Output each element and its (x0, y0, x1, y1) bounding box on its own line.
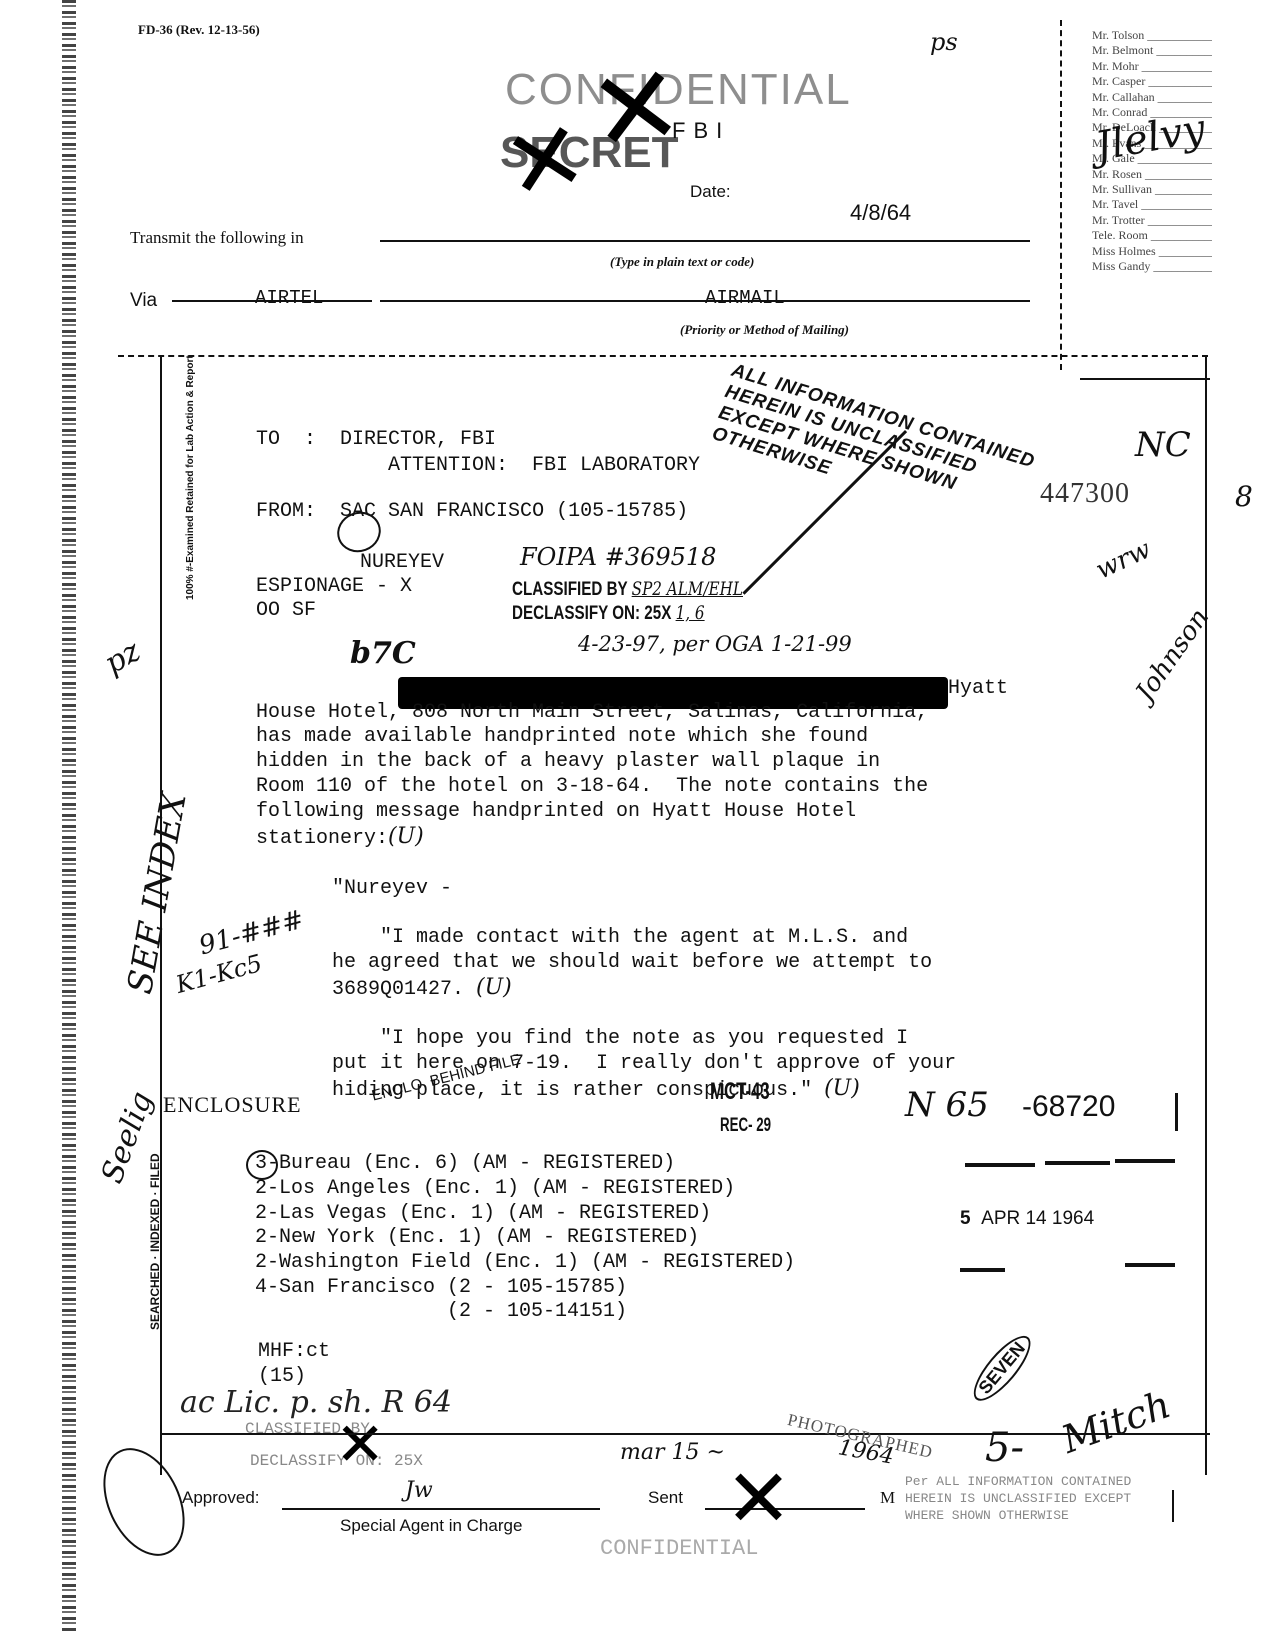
quote-line: "I made contact with the agent at M.L.S.… (332, 926, 908, 951)
faded-confidential-stamp: CONFIDENTIAL (600, 1536, 758, 1561)
file-number-bar (1175, 1093, 1178, 1131)
paragraph-first-tail: Hyatt (948, 677, 1008, 702)
sent-label: Sent (648, 1488, 683, 1508)
classified-by: CLASSIFIED BY SP2 ALM/EHL (512, 578, 743, 601)
approved-line (282, 1508, 600, 1510)
paragraph-line: has made available handprinted note whic… (256, 725, 868, 750)
distribution-line: 2-Las Vegas (Enc. 1) (AM - REGISTERED) (255, 1202, 711, 1227)
routing-item: Mr. Tolson (1092, 28, 1212, 43)
via-label: Via (130, 290, 157, 312)
faded-unclassified-stamp: Per ALL INFORMATION CONTAINED HEREIN IS … (905, 1473, 1165, 1524)
form-id: FD-36 (Rev. 12-13-56) (138, 22, 260, 38)
declassify-on: DECLASSIFY ON: 25X 1, 6 (512, 602, 705, 625)
mailing-line (380, 300, 1030, 302)
quote-line: put it here on 7-19. I really don't appr… (332, 1052, 956, 1077)
m-label: M (880, 1488, 895, 1508)
routing-item: Mr. Sullivan (1092, 182, 1212, 197)
cross-out-mark-icon: ✕ (725, 1452, 792, 1545)
transmit-label: Transmit the following in (130, 228, 304, 248)
margin-initials-nc: NC (1135, 425, 1191, 465)
seven-stamp: SEVEN (965, 1328, 1039, 1409)
paragraph-line: hidden in the back of a heavy plaster wa… (256, 750, 880, 775)
see-index-note: SEE INDEX (120, 790, 195, 997)
handwritten-circle (246, 1150, 278, 1180)
handwritten-signature: Mitch (1056, 1382, 1176, 1462)
margin-mark: 8 (1235, 480, 1253, 513)
routing-item: Tele. Room (1092, 228, 1212, 243)
subject-name: NUREYEV (360, 551, 444, 576)
routing-item: Mr. Mohr (1092, 59, 1212, 74)
agency-label: FBI (672, 118, 730, 144)
attention-line: ATTENTION: FBI LABORATORY (388, 454, 700, 479)
handwritten-initials: ps (930, 28, 958, 56)
cross-out-mark-icon: ✕ (582, 39, 691, 179)
subject-case: ESPIONAGE - X (256, 575, 412, 600)
distribution-line: 2-New York (Enc. 1) (AM - REGISTERED) (255, 1226, 699, 1251)
to-value: DIRECTOR, FBI (340, 428, 496, 451)
binding-strip (62, 0, 76, 1632)
approved-label: Approved: (182, 1488, 260, 1508)
redaction-dash (1125, 1263, 1175, 1267)
distribution-line: 3-Bureau (Enc. 6) (AM - REGISTERED) (255, 1152, 675, 1177)
declassify-note: 4-23-97, per OGA 1-21-99 (578, 632, 852, 656)
redaction-dash (960, 1268, 1005, 1272)
cross-out-mark-icon: ✕ (494, 98, 596, 224)
quote-line: he agreed that we should wait before we … (332, 951, 932, 976)
redaction-dash (1045, 1161, 1110, 1165)
mailing-value: AIRMAIL (705, 287, 785, 309)
date-label: Date: (690, 182, 731, 202)
routing-underline (1080, 378, 1210, 380)
lab-examined-stamp: 100% #-Examined Retained for Lab Action … (185, 355, 196, 600)
transmit-line (380, 240, 1030, 242)
signature-rule (160, 1433, 1210, 1435)
redaction-dash (965, 1163, 1035, 1167)
distribution-line: 2-Washington Field (Enc. 1) (AM - REGIST… (255, 1251, 795, 1276)
margin-mark: pz (99, 634, 147, 682)
distribution-line: 4-San Francisco (2 - 105-15785) (255, 1276, 627, 1301)
handwritten-date: mar 15 ~ (620, 1440, 725, 1465)
routing-item: Mr. Belmont (1092, 43, 1212, 58)
handwritten-note: ac Lic. p. sh. R 64 (180, 1385, 452, 1420)
filed-stamp-vertical: SEARCHED · INDEXED · FILED (148, 1153, 162, 1330)
routing-item: Miss Holmes (1092, 244, 1212, 259)
exemption-code: b7C (350, 636, 416, 671)
quote-line: 3689Q01427. (U) (332, 976, 512, 1003)
rec-stamp: REC- 29 (720, 1115, 771, 1137)
via-line (172, 300, 372, 302)
distribution-line: (2 - 105-14151) (255, 1300, 627, 1325)
routing-item: Mr. Casper (1092, 74, 1212, 89)
enclosure-label: ENCLOSURE (163, 1092, 302, 1118)
quote-line: "I hope you find the note as you request… (332, 1027, 908, 1052)
routing-item: Miss Gandy (1092, 259, 1212, 274)
distribution-line: 2-Los Angeles (Enc. 1) (AM - REGISTERED) (255, 1177, 735, 1202)
routing-item: Mr. Trotter (1092, 213, 1212, 228)
mct-stamp: MCT-43 (710, 1078, 770, 1106)
body-right-border (1205, 355, 1207, 1475)
paragraph-line: stationery:(U) (256, 825, 424, 852)
to-label: TO : DIRECTOR, FBI (256, 428, 496, 453)
from-value: SAC SAN FRANCISCO (105-15785) (340, 500, 688, 523)
margin-initials-wrw: wrw (1091, 534, 1155, 585)
from-line: FROM: SAC SAN FRANCISCO (105-15785) (256, 500, 688, 525)
margin-mark: 5- (985, 1425, 1024, 1471)
portion-mark: (U) (388, 824, 424, 849)
transmit-hint: (Type in plain text or code) (610, 254, 754, 270)
file-number: -68720 (1022, 1090, 1115, 1124)
unclassified-stamp: ALL INFORMATION CONTAINED HEREIN IS UNCL… (709, 360, 1037, 537)
quote-salutation: "Nureyev - (332, 877, 452, 902)
approver-initials: Jw (405, 1478, 433, 1503)
portion-mark: (U) (476, 975, 512, 1000)
form-divider (118, 355, 1208, 357)
routing-item: Mr. Callahan (1092, 90, 1212, 105)
paragraph-line: House Hotel, 808 North Main Street, Sali… (256, 701, 928, 726)
via-value: AIRTEL (255, 287, 323, 309)
paragraph-line: following message handprinted on Hyatt H… (256, 800, 856, 825)
margin-signature: Johnson (1130, 603, 1215, 706)
paragraph-line: Room 110 of the hotel on 3-18-64. The no… (256, 775, 928, 800)
routing-item: Mr. Rosen (1092, 167, 1212, 182)
routing-box-border (1060, 20, 1062, 370)
margin-bar (1172, 1490, 1174, 1522)
routing-item: Mr. Tavel (1092, 197, 1212, 212)
serial-number: 447300 (1040, 478, 1130, 510)
mailing-hint: (Priority or Method of Mailing) (680, 322, 849, 338)
redaction-dash (1115, 1159, 1175, 1163)
foipa-number: FOIPA #369518 (520, 543, 716, 571)
subject-office: OO SF (256, 599, 316, 624)
date-value: 4/8/64 (850, 200, 911, 226)
typist-initials: MHF:ct (258, 1340, 330, 1365)
sac-label: Special Agent in Charge (340, 1516, 522, 1536)
file-prefix: N 65 (905, 1085, 989, 1125)
cross-out-mark-icon: ✕ (335, 1410, 385, 1480)
portion-mark: (U) (824, 1076, 860, 1101)
received-date-stamp: 5 APR 14 1964 (960, 1208, 1094, 1230)
